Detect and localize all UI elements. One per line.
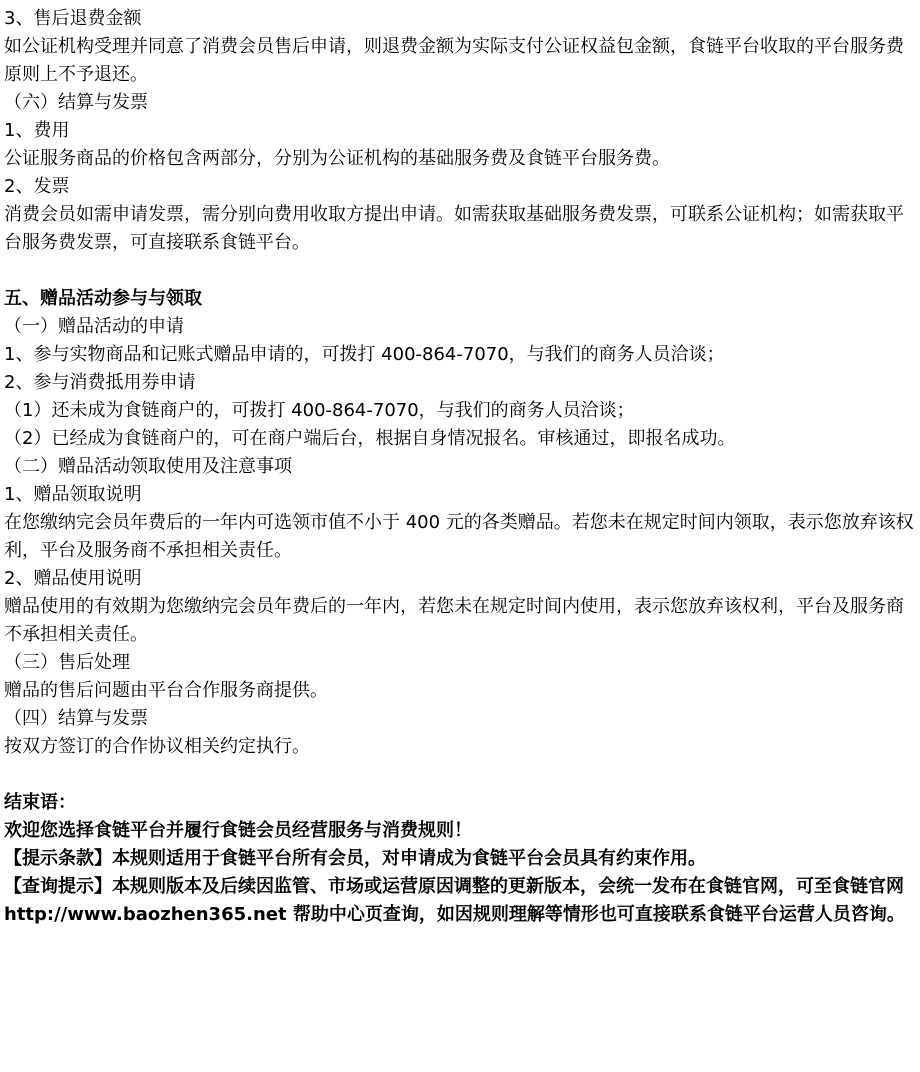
document-body: 3、售后退费金额如公证机构受理并同意了消费会员售后申请，则退费金额为实际支付公证…	[4, 5, 916, 929]
document-page: 3、售后退费金额如公证机构受理并同意了消费会员售后申请，则退费金额为实际支付公证…	[0, 0, 920, 1072]
document-paragraph: （2）已经成为食链商户的，可在商户端后台，根据自身情况报名。审核通过，即报名成功…	[4, 425, 916, 453]
document-paragraph: 消费会员如需申请发票，需分别向费用收取方提出申请。如需获取基础服务费发票，可联系…	[4, 201, 916, 257]
document-heading: 结束语：	[4, 789, 916, 817]
document-paragraph: 赠品的售后问题由平台合作服务商提供。	[4, 677, 916, 705]
document-heading: 欢迎您选择食链平台并履行食链会员经营服务与消费规则！	[4, 817, 916, 845]
document-paragraph: 2、参与消费抵用券申请	[4, 369, 916, 397]
document-paragraph: （六）结算与发票	[4, 89, 916, 117]
document-heading: 【查询提示】本规则版本及后续因监管、市场或运营原因调整的更新版本，会统一发布在食…	[4, 873, 916, 929]
document-paragraph: 如公证机构受理并同意了消费会员售后申请，则退费金额为实际支付公证权益包金额，食链…	[4, 33, 916, 89]
document-paragraph: （一）赠品活动的申请	[4, 313, 916, 341]
document-paragraph: 3、售后退费金额	[4, 5, 916, 33]
document-paragraph: （三）售后处理	[4, 649, 916, 677]
document-paragraph: （二）赠品活动领取使用及注意事项	[4, 453, 916, 481]
document-paragraph: 按双方签订的合作协议相关约定执行。	[4, 733, 916, 761]
document-paragraph: 2、发票	[4, 173, 916, 201]
document-paragraph: 1、赠品领取说明	[4, 481, 916, 509]
document-paragraph: 1、费用	[4, 117, 916, 145]
document-paragraph: 赠品使用的有效期为您缴纳完会员年费后的一年内，若您未在规定时间内使用，表示您放弃…	[4, 593, 916, 649]
document-paragraph: （四）结算与发票	[4, 705, 916, 733]
document-paragraph: （1）还未成为食链商户的，可拨打 400-864-7070，与我们的商务人员洽谈…	[4, 397, 916, 425]
document-paragraph: 在您缴纳完会员年费后的一年内可选领市值不小于 400 元的各类赠品。若您未在规定…	[4, 509, 916, 565]
document-heading: 【提示条款】本规则适用于食链平台所有会员，对申请成为食链平台会员具有约束作用。	[4, 845, 916, 873]
document-paragraph: 1、参与实物商品和记账式赠品申请的，可拨打 400-864-7070，与我们的商…	[4, 341, 916, 369]
document-heading: 五、赠品活动参与与领取	[4, 285, 916, 313]
document-paragraph: 2、赠品使用说明	[4, 565, 916, 593]
document-paragraph: 公证服务商品的价格包含两部分，分别为公证机构的基础服务费及食链平台服务费。	[4, 145, 916, 173]
